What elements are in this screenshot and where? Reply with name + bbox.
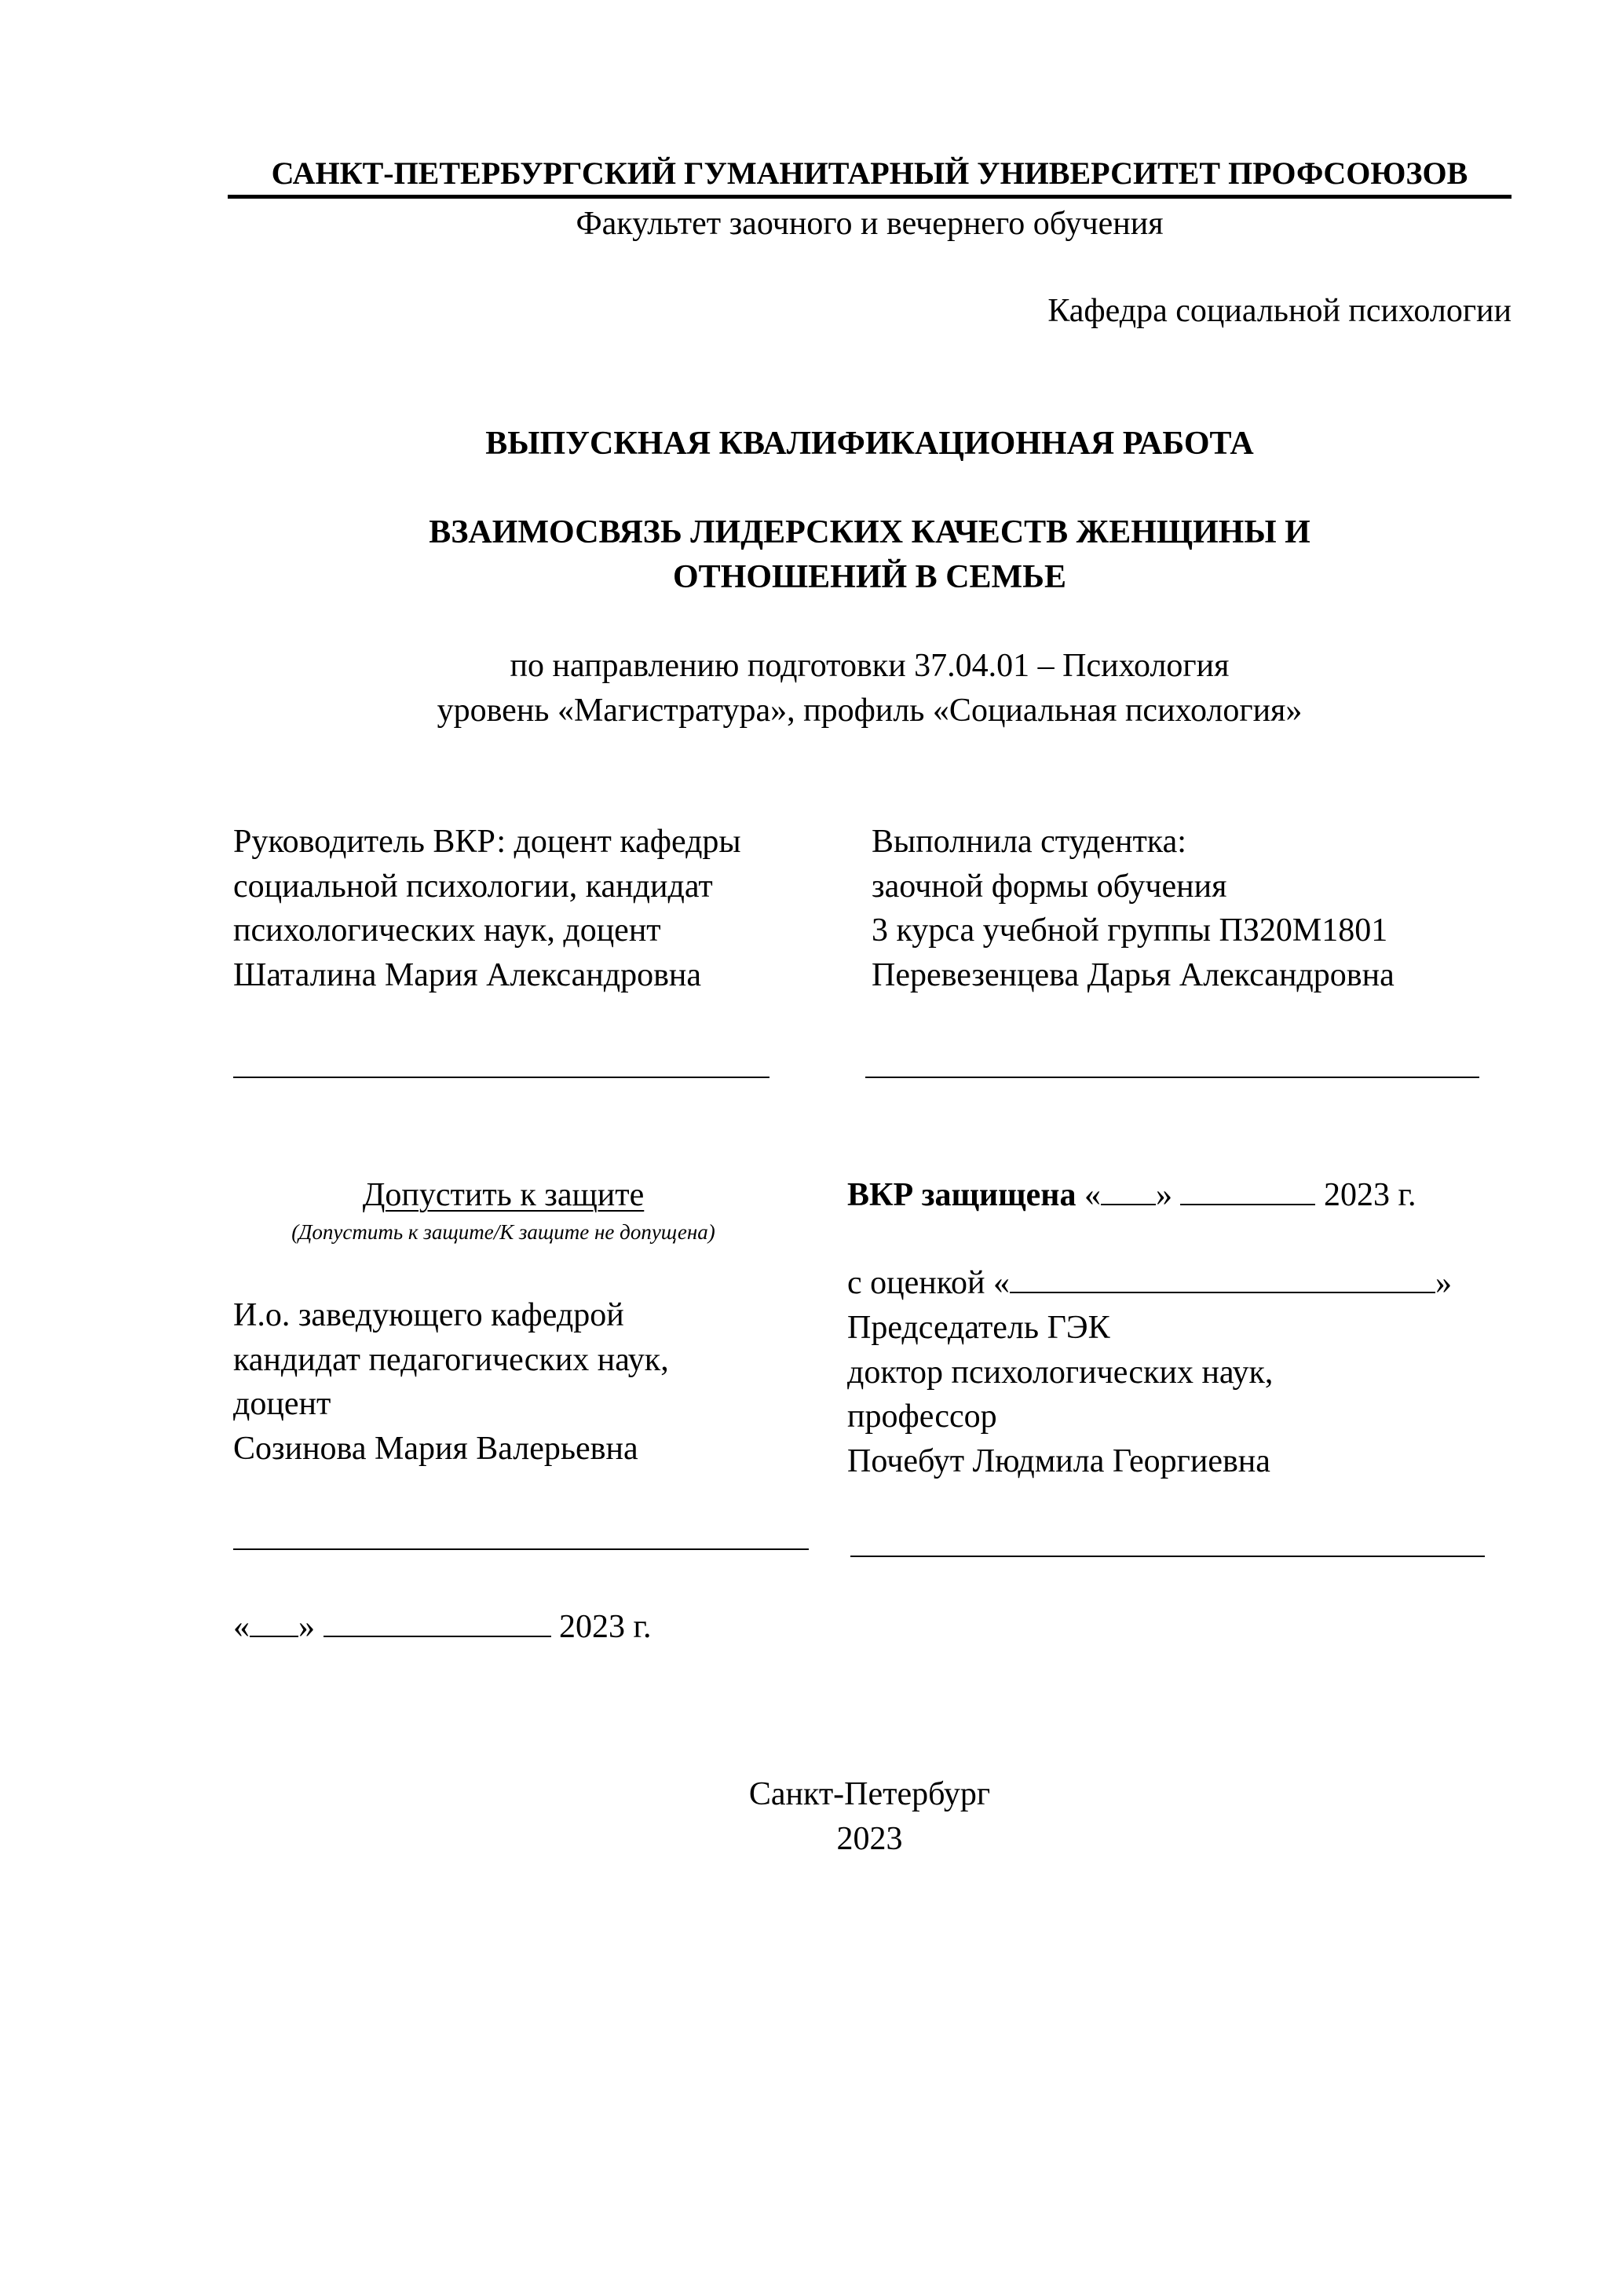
defense-date: ВКР защищена «» 2023 г. — [847, 1173, 1416, 1218]
gek-chair-line: Председатель ГЭК — [847, 1306, 1273, 1351]
date-quote-close: » — [298, 1609, 315, 1645]
study-direction-line-1: по направлению подготовки 37.04.01 – Пси… — [228, 644, 1512, 689]
supervisor-signature-line — [233, 1077, 769, 1078]
admission-date: «» 2023 г. — [233, 1605, 652, 1650]
grade-label: с оценкой « — [847, 1265, 1010, 1301]
defended-label: ВКР защищена — [847, 1177, 1076, 1213]
gek-chair-signature-line — [850, 1556, 1485, 1557]
supervisor-line: психологических наук, доцент — [233, 909, 741, 953]
department-head-name: Созинова Мария Валерьевна — [233, 1427, 669, 1472]
student-signature-line — [865, 1077, 1479, 1078]
student-name: Перевезенцева Дарья Александровна — [872, 953, 1395, 998]
student-block: Выполнила студентка: заочной формы обуче… — [872, 820, 1395, 997]
university-name: САНКТ-ПЕТЕРБУРГСКИЙ ГУМАНИТАРНЫЙ УНИВЕРС… — [228, 154, 1512, 193]
gek-chair-line: профессор — [847, 1395, 1273, 1439]
date-quote-close: » — [1156, 1177, 1172, 1213]
admission-hint: (Допустить к защите/К защите не допущена… — [232, 1219, 775, 1245]
header-rule — [228, 195, 1512, 199]
footer: Санкт-Петербург 2023 — [228, 1772, 1512, 1862]
supervisor-block: Руководитель ВКР: доцент кафедры социаль… — [233, 820, 741, 997]
department-head-block: И.о. заведующего кафедрой кандидат педаг… — [233, 1293, 669, 1471]
department-head-line: доцент — [233, 1382, 669, 1427]
supervisor-name: Шаталина Мария Александровна — [233, 953, 741, 998]
department-head-line: кандидат педагогических наук, — [233, 1338, 669, 1383]
student-line: заочной формы обучения — [872, 865, 1395, 909]
student-line: Выполнила студентка: — [872, 820, 1395, 865]
student-line: 3 курса учебной группы ПЗ20М1801 — [872, 909, 1395, 953]
supervisor-line: социальной психологии, кандидат — [233, 865, 741, 909]
grade-quote-close: » — [1435, 1265, 1452, 1301]
supervisor-line: Руководитель ВКР: доцент кафедры — [233, 820, 741, 865]
work-type-heading: ВЫПУСКНАЯ КВАЛИФИКАЦИОННАЯ РАБОТА — [228, 422, 1512, 466]
gek-chair-line: доктор психологических наук, — [847, 1351, 1273, 1395]
department-name: Кафедра социальной психологии — [1047, 289, 1512, 333]
thesis-topic-line-2: ОТНОШЕНИЙ В СЕМЬЕ — [228, 555, 1512, 600]
grade-blank — [1010, 1268, 1435, 1293]
day-blank — [1101, 1180, 1156, 1205]
admission-decision: Допустить к защите — [363, 1177, 645, 1213]
faculty-name: Факультет заочного и вечернего обучения — [228, 202, 1512, 246]
department-head-line: И.о. заведующего кафедрой — [233, 1293, 669, 1338]
admission-decision-wrap: Допустить к защите — [232, 1173, 775, 1218]
gek-chair-block: Председатель ГЭК доктор психологических … — [847, 1306, 1273, 1483]
defense-grade: с оценкой «» — [847, 1261, 1452, 1306]
gek-chair-name: Почебут Людмила Георгиевна — [847, 1439, 1273, 1484]
month-blank — [324, 1612, 551, 1637]
footer-year: 2023 — [228, 1817, 1512, 1862]
date-quote-open: « — [1084, 1177, 1101, 1213]
study-direction: по направлению подготовки 37.04.01 – Пси… — [228, 644, 1512, 733]
department-head-signature-line — [233, 1548, 809, 1550]
thesis-topic: ВЗАИМОСВЯЗЬ ЛИДЕРСКИХ КАЧЕСТВ ЖЕНЩИНЫ И … — [228, 510, 1512, 600]
day-blank — [250, 1612, 298, 1637]
date-year: 2023 г. — [559, 1609, 652, 1645]
date-quote-open: « — [233, 1609, 250, 1645]
footer-city: Санкт-Петербург — [228, 1772, 1512, 1817]
study-direction-line-2: уровень «Магистратура», профиль «Социаль… — [228, 689, 1512, 733]
month-blank — [1180, 1180, 1315, 1205]
date-year: 2023 г. — [1324, 1177, 1416, 1213]
thesis-topic-line-1: ВЗАИМОСВЯЗЬ ЛИДЕРСКИХ КАЧЕСТВ ЖЕНЩИНЫ И — [228, 510, 1512, 555]
